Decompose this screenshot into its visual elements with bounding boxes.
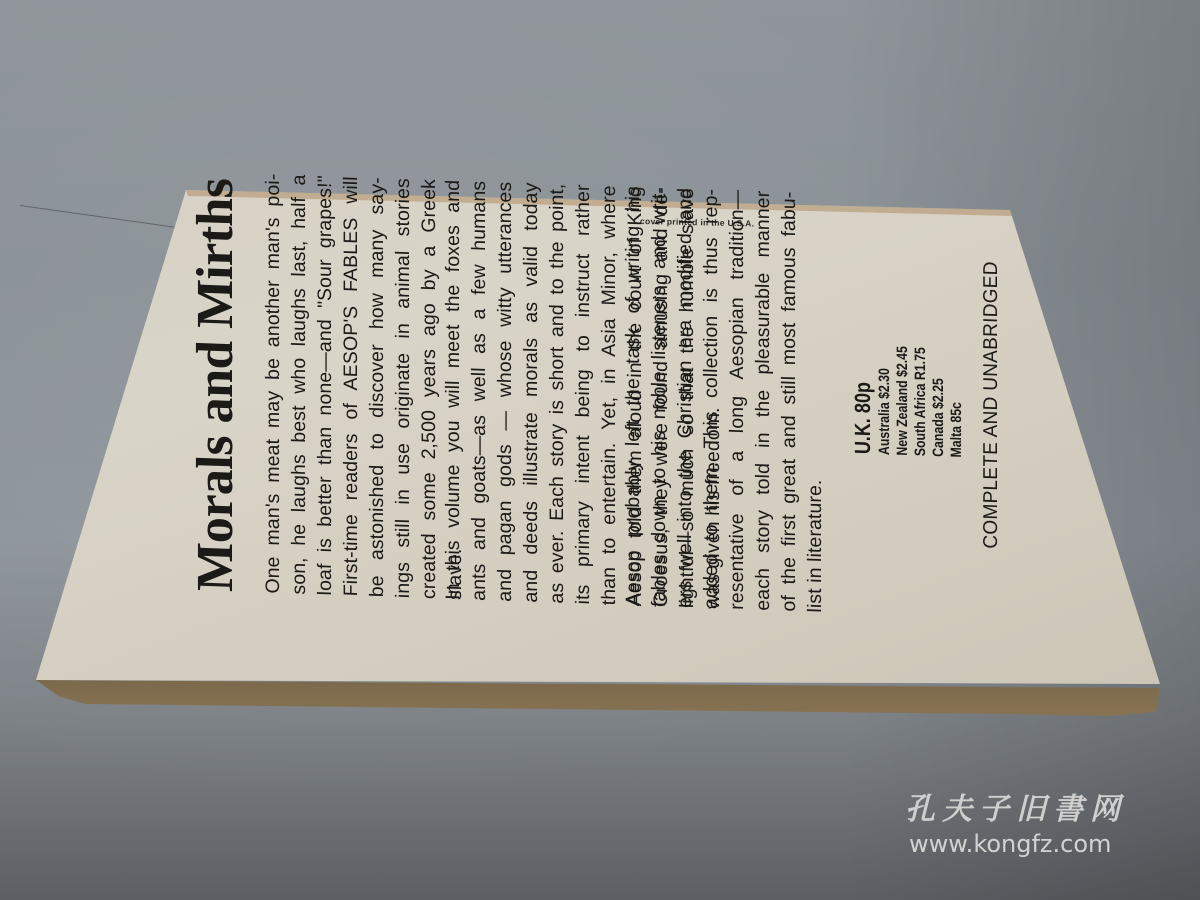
- text-line: fables down to his noble listeners, and …: [646, 187, 672, 608]
- text-line: ings still in use originate in animal st…: [390, 178, 416, 599]
- text-line: One man's meat may be another man's poi-: [260, 173, 286, 594]
- edition-note: COMPLETE AND UNABRIDGED: [980, 261, 1003, 549]
- blurb-paragraph-1: One man's meat may be another man's poi-…: [260, 173, 468, 600]
- text-line: ers well into the Christian era modified…: [672, 188, 698, 609]
- text-line: be astonished to discover how many say-: [364, 177, 390, 598]
- blurb-paragraph-3: Aesop probably left the task of writing …: [620, 186, 828, 613]
- site-watermark: 孔夫子旧書网 www.kongfz.com: [905, 792, 1190, 860]
- cover-text-block: Morals and Mirths One man's meat may be …: [150, 189, 1050, 690]
- price-malta: Malta 85c: [948, 348, 966, 458]
- price-australia: Australia $2.30: [876, 345, 894, 455]
- text-line: as ever. Each story is short and to the …: [544, 183, 570, 604]
- price-uk: U.K. 80p: [850, 344, 876, 454]
- text-line: First-time readers of AESOP'S FABLES wil…: [338, 176, 364, 597]
- text-line: list in literature.: [802, 192, 828, 613]
- text-line: son, he laughs best who laughs last, hal…: [286, 174, 312, 595]
- price-list: U.K. 80p Australia $2.30 New Zealand $2.…: [850, 344, 966, 457]
- text-line: resentative of a long Aesopian tradition…: [724, 189, 750, 610]
- watermark-url: www.kongfz.com: [909, 828, 1190, 860]
- text-line: added to them. This collection is thus r…: [698, 188, 724, 609]
- text-line: and pagan gods — whose witty utterances: [492, 181, 518, 602]
- text-line: ants and goats—as well as a few humans: [466, 180, 492, 601]
- text-line: Aesop probably left the task of writing …: [620, 186, 646, 607]
- price-new-zealand: New Zealand $2.45: [894, 346, 912, 456]
- text-line: and deeds illustrate morals as valid tod…: [518, 182, 544, 603]
- watermark-site-name: 孔夫子旧書网: [905, 792, 1190, 828]
- text-line: than to entertain. Yet, in Asia Minor, w…: [596, 185, 622, 606]
- book-title: Morals and Mirths: [190, 177, 242, 592]
- price-canada: Canada $2.25: [930, 347, 948, 457]
- text-line: In this volume you will meet the foxes a…: [440, 179, 466, 600]
- text-line: loaf is better than none—and "Sour grape…: [312, 175, 338, 596]
- text-line: of the first great and still most famous…: [776, 191, 802, 612]
- text-line: each story told in the pleasurable manne…: [750, 190, 776, 611]
- price-south-africa: South Africa R1.75: [912, 347, 930, 457]
- text-line: created some 2,500 years ago by a Greek: [416, 179, 442, 600]
- text-line: its primary intent being to instruct rat…: [570, 184, 596, 605]
